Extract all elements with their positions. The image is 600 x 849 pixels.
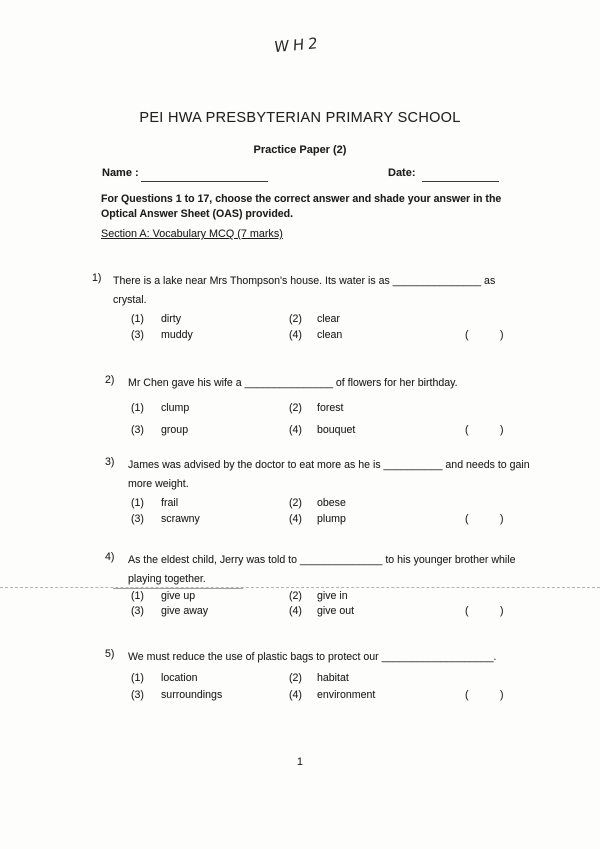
option-label: clump (161, 402, 189, 414)
option-number: (3) (131, 424, 144, 436)
answer-bracket-open: ( (465, 605, 469, 617)
question-4: 4) As the eldest child, Jerry was told t… (0, 551, 600, 620)
answer-bracket-close: ) (500, 424, 504, 436)
option-number: (4) (289, 689, 302, 701)
section-heading: Section A: Vocabulary MCQ (7 marks) (101, 228, 283, 240)
answer-bracket-close: ) (500, 605, 504, 617)
question-1: 1) There is a lake near Mrs Thompson's h… (0, 272, 600, 345)
option-row: (3) scrawny (4) plump ( ) (0, 513, 600, 529)
question-stem: As the eldest child, Jerry was told to _… (128, 551, 600, 589)
option-number: (2) (289, 313, 302, 325)
scan-crease-line (0, 587, 600, 588)
name-blank-line (141, 168, 268, 182)
question-stem: There is a lake near Mrs Thompson's hous… (113, 272, 600, 310)
option-number: (4) (289, 513, 302, 525)
answer-bracket-close: ) (500, 513, 504, 525)
answer-bracket-close: ) (500, 329, 504, 341)
name-label: Name : (102, 167, 139, 179)
option-label: give up (161, 590, 195, 602)
option-number: (1) (131, 590, 144, 602)
option-label: give away (161, 605, 208, 617)
question-stem: James was advised by the doctor to eat m… (128, 456, 600, 494)
instructions-line: For Questions 1 to 17, choose the correc… (101, 192, 501, 207)
question-text: James was advised by the doctor to eat m… (128, 456, 600, 475)
option-label: frail (161, 497, 178, 509)
option-label: surroundings (161, 689, 222, 701)
handwritten-mark: WH2 (274, 34, 322, 56)
question-text: There is a lake near Mrs Thompson's hous… (113, 272, 600, 291)
option-label: dirty (161, 313, 181, 325)
answer-bracket-open: ( (465, 513, 469, 525)
question-text: more weight. (128, 475, 600, 494)
question-number: 4) (105, 551, 114, 563)
option-label: give out (317, 605, 354, 617)
question-text: As the eldest child, Jerry was told to _… (128, 551, 600, 570)
option-label: forest (317, 402, 344, 414)
question-3: 3) James was advised by the doctor to ea… (0, 456, 600, 529)
school-title: PEI HWA PRESBYTERIAN PRIMARY SCHOOL (0, 110, 600, 126)
question-text: crystal. (113, 291, 600, 310)
option-number: (2) (289, 590, 302, 602)
option-number: (4) (289, 605, 302, 617)
option-number: (3) (131, 513, 144, 525)
option-label: bouquet (317, 424, 355, 436)
option-label: give in (317, 590, 348, 602)
option-row: (3) surroundings (4) environment ( ) (0, 689, 600, 706)
option-label: muddy (161, 329, 193, 341)
option-label: clear (317, 313, 340, 325)
option-label: plump (317, 513, 346, 525)
option-number: (1) (131, 402, 144, 414)
option-number: (3) (131, 689, 144, 701)
option-number: (3) (131, 329, 144, 341)
option-row: (1) dirty (2) clear (0, 313, 600, 329)
option-number: (2) (289, 497, 302, 509)
option-row: (1) location (2) habitat (0, 672, 600, 689)
option-label: group (161, 424, 188, 436)
answer-bracket-open: ( (465, 424, 469, 436)
question-number: 1) (92, 272, 101, 284)
answer-bracket-close: ) (500, 689, 504, 701)
scanned-exam-page: WH2 PEI HWA PRESBYTERIAN PRIMARY SCHOOL … (0, 0, 600, 849)
question-stem: We must reduce the use of plastic bags t… (128, 648, 600, 667)
scan-crease-segment (113, 588, 243, 589)
option-label: obese (317, 497, 346, 509)
question-5: 5) We must reduce the use of plastic bag… (0, 648, 600, 706)
page-number: 1 (0, 756, 600, 768)
date-blank-line (422, 168, 499, 182)
option-number: (1) (131, 313, 144, 325)
option-number: (4) (289, 329, 302, 341)
option-number: (1) (131, 497, 144, 509)
option-row: (3) group (4) bouquet ( ) (0, 424, 600, 446)
option-label: habitat (317, 672, 349, 684)
option-number: (1) (131, 672, 144, 684)
question-number: 5) (105, 648, 114, 660)
option-label: scrawny (161, 513, 200, 525)
paper-title: Practice Paper (2) (0, 144, 600, 156)
date-label: Date: (388, 167, 416, 179)
option-row: (3) give away (4) give out ( ) (0, 605, 600, 620)
option-label: location (161, 672, 198, 684)
option-row: (1) frail (2) obese (0, 497, 600, 513)
option-row: (1) clump (2) forest (0, 402, 600, 424)
instructions-line: Optical Answer Sheet (OAS) provided. (101, 207, 501, 222)
question-2: 2) Mr Chen gave his wife a _____________… (0, 374, 600, 446)
answer-bracket-open: ( (465, 689, 469, 701)
question-stem: Mr Chen gave his wife a _______________ … (128, 374, 600, 393)
option-number: (2) (289, 402, 302, 414)
instructions: For Questions 1 to 17, choose the correc… (101, 192, 501, 221)
option-number: (2) (289, 672, 302, 684)
option-number: (4) (289, 424, 302, 436)
question-text: We must reduce the use of plastic bags t… (128, 648, 600, 667)
option-label: clean (317, 329, 342, 341)
option-number: (3) (131, 605, 144, 617)
question-text: Mr Chen gave his wife a _______________ … (128, 374, 600, 393)
question-number: 2) (105, 374, 114, 386)
option-label: environment (317, 689, 375, 701)
question-number: 3) (105, 456, 114, 468)
answer-bracket-open: ( (465, 329, 469, 341)
option-row: (3) muddy (4) clean ( ) (0, 329, 600, 345)
option-row: (1) give up (2) give in (0, 590, 600, 605)
